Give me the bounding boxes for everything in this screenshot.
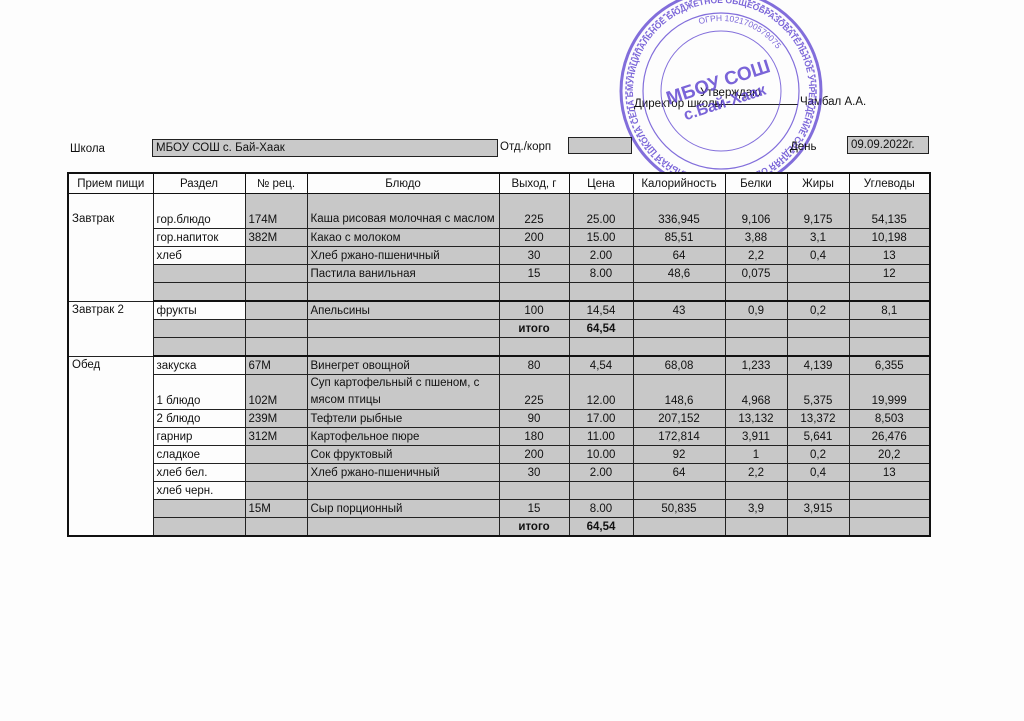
cell-carbs[interactable]: 19,999: [849, 375, 930, 410]
table-row: гарнир312МКартофельное пюре18011.00172,8…: [68, 428, 930, 446]
school-field[interactable]: МБОУ СОШ с. Бай-Хаак: [152, 139, 498, 157]
cell-carbs[interactable]: 12: [849, 265, 930, 283]
table-row: Завтрак 2фруктыАпельсины10014,54430,90,2…: [68, 301, 930, 320]
cell-fat[interactable]: 9,175: [787, 194, 849, 229]
cell-recipe[interactable]: 15М: [245, 500, 307, 518]
column-header-kcal: Калорийность: [633, 173, 725, 194]
cell-dish[interactable]: Хлеб ржано-пшеничный: [307, 464, 499, 482]
cell-recipe[interactable]: [245, 265, 307, 283]
cell-dish[interactable]: [307, 518, 499, 537]
cell-dish[interactable]: Апельсины: [307, 301, 499, 320]
cell-price[interactable]: [569, 338, 633, 357]
cell-kcal[interactable]: [633, 283, 725, 302]
cell-kcal[interactable]: 148,6: [633, 375, 725, 410]
table-row: 1 блюдо102МСуп картофельный с пшеном, с …: [68, 375, 930, 410]
cell-carbs[interactable]: 20,2: [849, 446, 930, 464]
cell-fat[interactable]: 0,4: [787, 247, 849, 265]
cell-carbs[interactable]: 8,503: [849, 410, 930, 428]
cell-protein[interactable]: 1: [725, 446, 787, 464]
table-row: Пастила ванильная158.0048,60,07512: [68, 265, 930, 283]
cell-fat[interactable]: 13,372: [787, 410, 849, 428]
cell-dish[interactable]: [307, 320, 499, 338]
table-row: сладкоеСок фруктовый20010.009210,220,2: [68, 446, 930, 464]
day-field[interactable]: 09.09.2022г.: [847, 136, 929, 154]
column-header-section: Раздел: [153, 173, 245, 194]
cell-yield[interactable]: итого: [499, 320, 569, 338]
cell-dish[interactable]: Каша рисовая молочная с маслом: [307, 194, 499, 229]
cell-kcal[interactable]: 85,51: [633, 229, 725, 247]
day-label: День: [790, 139, 817, 155]
cell-yield[interactable]: [499, 338, 569, 357]
cell-yield[interactable]: 30: [499, 247, 569, 265]
cell-recipe[interactable]: [245, 482, 307, 500]
cell-section[interactable]: гор.напиток: [153, 229, 245, 247]
cell-dish[interactable]: Хлеб ржано-пшеничный: [307, 247, 499, 265]
cell-protein[interactable]: [725, 283, 787, 302]
cell-section[interactable]: [153, 265, 245, 283]
cell-fat[interactable]: 3,1: [787, 229, 849, 247]
cell-section[interactable]: гор.блюдо: [153, 194, 245, 229]
table-header-row: Прием пищиРаздел№ рец.БлюдоВыход, гЦенаК…: [68, 173, 930, 194]
cell-yield[interactable]: [499, 482, 569, 500]
cell-recipe[interactable]: [245, 518, 307, 537]
cell-yield[interactable]: 200: [499, 446, 569, 464]
cell-dish[interactable]: [307, 482, 499, 500]
cell-dish[interactable]: [307, 283, 499, 302]
table-row: хлеб черн.: [68, 482, 930, 500]
cell-yield[interactable]: 200: [499, 229, 569, 247]
column-header-carbs: Углеводы: [849, 173, 930, 194]
cell-fat[interactable]: [787, 338, 849, 357]
cell-yield[interactable]: 225: [499, 194, 569, 229]
cell-fat[interactable]: 5,641: [787, 428, 849, 446]
cell-yield[interactable]: 30: [499, 464, 569, 482]
cell-recipe[interactable]: 239М: [245, 410, 307, 428]
cell-section[interactable]: хлеб черн.: [153, 482, 245, 500]
cell-protein[interactable]: 3,9: [725, 500, 787, 518]
cell-yield[interactable]: 100: [499, 301, 569, 320]
cell-price[interactable]: 17.00: [569, 410, 633, 428]
cell-price[interactable]: 10.00: [569, 446, 633, 464]
cell-dish[interactable]: Пастила ванильная: [307, 265, 499, 283]
cell-recipe[interactable]: 312М: [245, 428, 307, 446]
cell-kcal[interactable]: 336,945: [633, 194, 725, 229]
cell-yield[interactable]: итого: [499, 518, 569, 537]
column-header-dish: Блюдо: [307, 173, 499, 194]
cell-carbs[interactable]: [849, 518, 930, 537]
cell-price[interactable]: [569, 283, 633, 302]
meal-name: Завтрак: [68, 194, 153, 302]
school-label: Школа: [70, 141, 105, 157]
cell-section[interactable]: [153, 338, 245, 357]
cell-protein[interactable]: 0,075: [725, 265, 787, 283]
column-header-protein: Белки: [725, 173, 787, 194]
cell-fat[interactable]: [787, 265, 849, 283]
cell-price[interactable]: [569, 482, 633, 500]
cell-protein[interactable]: [725, 518, 787, 537]
dept-label: Отд./корп: [500, 139, 551, 155]
cell-price[interactable]: 64,54: [569, 518, 633, 537]
cell-recipe[interactable]: 382М: [245, 229, 307, 247]
cell-protein[interactable]: 3,911: [725, 428, 787, 446]
cell-section[interactable]: закуска: [153, 356, 245, 375]
meal-name: Завтрак 2: [68, 301, 153, 356]
cell-carbs[interactable]: [849, 320, 930, 338]
cell-dish[interactable]: Картофельное пюре: [307, 428, 499, 446]
column-header-recipe: № рец.: [245, 173, 307, 194]
column-header-price: Цена: [569, 173, 633, 194]
cell-recipe[interactable]: [245, 464, 307, 482]
signer-name: Чамбал А.А.: [800, 94, 866, 110]
cell-yield[interactable]: 225: [499, 375, 569, 410]
cell-kcal[interactable]: 50,835: [633, 500, 725, 518]
cell-carbs[interactable]: 8,1: [849, 301, 930, 320]
menu-table: Прием пищиРаздел№ рец.БлюдоВыход, гЦенаК…: [67, 172, 931, 537]
cell-recipe[interactable]: 67М: [245, 356, 307, 375]
cell-recipe[interactable]: [245, 338, 307, 357]
cell-kcal[interactable]: 64: [633, 247, 725, 265]
cell-price[interactable]: 12.00: [569, 375, 633, 410]
cell-section[interactable]: сладкое: [153, 446, 245, 464]
cell-kcal[interactable]: 92: [633, 446, 725, 464]
cell-fat[interactable]: 3,915: [787, 500, 849, 518]
column-header-meal: Прием пищи: [68, 173, 153, 194]
table-row: итого64,54: [68, 320, 930, 338]
cell-recipe[interactable]: [245, 283, 307, 302]
cell-yield[interactable]: 90: [499, 410, 569, 428]
cell-price[interactable]: 14,54: [569, 301, 633, 320]
cell-carbs[interactable]: [849, 283, 930, 302]
cell-recipe[interactable]: 102М: [245, 375, 307, 410]
table-row: 15МСыр порционный158.0050,8353,93,915: [68, 500, 930, 518]
cell-protein[interactable]: 2,2: [725, 247, 787, 265]
cell-dish[interactable]: Суп картофельный с пшеном, с мясом птицы: [307, 375, 499, 410]
cell-fat[interactable]: [787, 518, 849, 537]
cell-section[interactable]: хлеб бел.: [153, 464, 245, 482]
stamp-ogrn: ОГРН 1021700579075: [697, 13, 783, 51]
cell-price[interactable]: 2.00: [569, 464, 633, 482]
cell-carbs[interactable]: [849, 338, 930, 357]
cell-protein[interactable]: 2,2: [725, 464, 787, 482]
cell-carbs[interactable]: 6,355: [849, 356, 930, 375]
cell-kcal[interactable]: 172,814: [633, 428, 725, 446]
cell-carbs[interactable]: [849, 500, 930, 518]
cell-yield[interactable]: 15: [499, 500, 569, 518]
dept-field[interactable]: [568, 137, 632, 154]
cell-recipe[interactable]: [245, 320, 307, 338]
cell-dish[interactable]: Сыр порционный: [307, 500, 499, 518]
cell-kcal[interactable]: 68,08: [633, 356, 725, 375]
cell-fat[interactable]: [787, 482, 849, 500]
cell-kcal[interactable]: [633, 518, 725, 537]
cell-price[interactable]: 11.00: [569, 428, 633, 446]
cell-protein[interactable]: 1,233: [725, 356, 787, 375]
meal-name: Обед: [68, 356, 153, 536]
cell-yield[interactable]: [499, 283, 569, 302]
cell-kcal[interactable]: 48,6: [633, 265, 725, 283]
cell-kcal[interactable]: 43: [633, 301, 725, 320]
cell-protein[interactable]: 13,132: [725, 410, 787, 428]
cell-protein[interactable]: 3,88: [725, 229, 787, 247]
cell-protein[interactable]: [725, 338, 787, 357]
cell-fat[interactable]: 0,4: [787, 464, 849, 482]
cell-section[interactable]: [153, 320, 245, 338]
cell-carbs[interactable]: 26,476: [849, 428, 930, 446]
cell-section[interactable]: [153, 283, 245, 302]
cell-price[interactable]: 64,54: [569, 320, 633, 338]
cell-kcal[interactable]: [633, 320, 725, 338]
column-header-fat: Жиры: [787, 173, 849, 194]
cell-carbs[interactable]: 13: [849, 464, 930, 482]
cell-yield[interactable]: 180: [499, 428, 569, 446]
cell-dish[interactable]: Сок фруктовый: [307, 446, 499, 464]
svg-text:ОГРН 1021700579075: ОГРН 1021700579075: [697, 13, 783, 51]
table-row: [68, 283, 930, 302]
cell-price[interactable]: 8.00: [569, 500, 633, 518]
table-row: Обедзакуска67МВинегрет овощной804,5468,0…: [68, 356, 930, 375]
cell-price[interactable]: 4,54: [569, 356, 633, 375]
cell-fat[interactable]: [787, 320, 849, 338]
cell-recipe[interactable]: [245, 446, 307, 464]
cell-fat[interactable]: 5,375: [787, 375, 849, 410]
cell-price[interactable]: 25.00: [569, 194, 633, 229]
cell-recipe[interactable]: [245, 301, 307, 320]
cell-section[interactable]: фрукты: [153, 301, 245, 320]
table-row: Завтракгор.блюдо174МКаша рисовая молочна…: [68, 194, 930, 229]
cell-dish[interactable]: [307, 338, 499, 357]
cell-fat[interactable]: 0,2: [787, 301, 849, 320]
table-row: хлеб бел.Хлеб ржано-пшеничный302.00642,2…: [68, 464, 930, 482]
cell-price[interactable]: 8.00: [569, 265, 633, 283]
cell-protein[interactable]: 0,9: [725, 301, 787, 320]
cell-recipe[interactable]: 174М: [245, 194, 307, 229]
cell-kcal[interactable]: [633, 338, 725, 357]
cell-price[interactable]: 15.00: [569, 229, 633, 247]
table-row: гор.напиток382МКакао с молоком20015.0085…: [68, 229, 930, 247]
cell-carbs[interactable]: 54,135: [849, 194, 930, 229]
cell-fat[interactable]: [787, 283, 849, 302]
cell-protein[interactable]: 9,106: [725, 194, 787, 229]
table-row: итого64,54: [68, 518, 930, 537]
cell-dish[interactable]: Тефтели рыбные: [307, 410, 499, 428]
cell-yield[interactable]: 15: [499, 265, 569, 283]
cell-protein[interactable]: 4,968: [725, 375, 787, 410]
signature-line: [712, 104, 798, 105]
cell-section[interactable]: гарнир: [153, 428, 245, 446]
cell-protein[interactable]: [725, 320, 787, 338]
cell-section[interactable]: 1 блюдо: [153, 375, 245, 410]
cell-yield[interactable]: 80: [499, 356, 569, 375]
cell-price[interactable]: 2.00: [569, 247, 633, 265]
director-label: Директор школы: [634, 96, 723, 112]
table-row: хлебХлеб ржано-пшеничный302.00642,20,413: [68, 247, 930, 265]
cell-fat[interactable]: 4,139: [787, 356, 849, 375]
cell-carbs[interactable]: [849, 482, 930, 500]
table-row: 2 блюдо239МТефтели рыбные9017.00207,1521…: [68, 410, 930, 428]
cell-carbs[interactable]: 10,198: [849, 229, 930, 247]
table-row: [68, 338, 930, 357]
cell-protein[interactable]: [725, 482, 787, 500]
cell-section[interactable]: хлеб: [153, 247, 245, 265]
cell-kcal[interactable]: 207,152: [633, 410, 725, 428]
cell-section[interactable]: [153, 518, 245, 537]
cell-fat[interactable]: 0,2: [787, 446, 849, 464]
cell-section[interactable]: [153, 500, 245, 518]
cell-kcal[interactable]: [633, 482, 725, 500]
cell-kcal[interactable]: 64: [633, 464, 725, 482]
cell-recipe[interactable]: [245, 247, 307, 265]
column-header-yield: Выход, г: [499, 173, 569, 194]
cell-dish[interactable]: Какао с молоком: [307, 229, 499, 247]
cell-carbs[interactable]: 13: [849, 247, 930, 265]
cell-section[interactable]: 2 блюдо: [153, 410, 245, 428]
cell-dish[interactable]: Винегрет овощной: [307, 356, 499, 375]
